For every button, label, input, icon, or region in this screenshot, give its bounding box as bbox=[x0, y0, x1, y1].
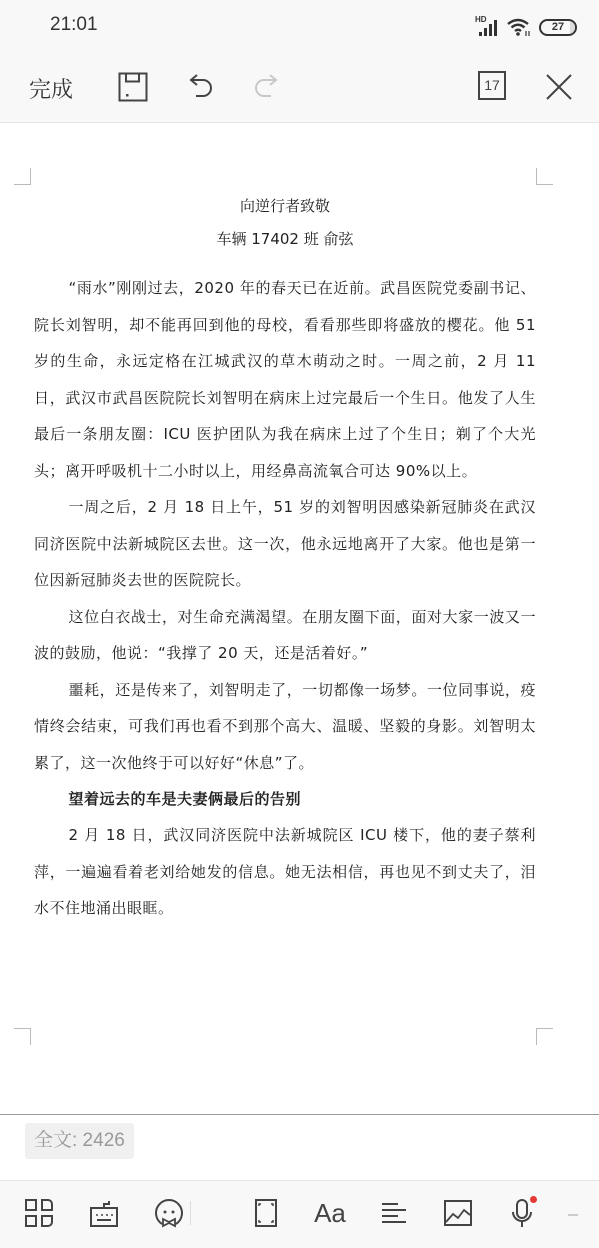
page-corner-marker bbox=[536, 1028, 553, 1045]
paragraph: 噩耗，还是传来了，刘智明走了，一切都像一场梦。一位同事说，疫情终会结束，可我们再… bbox=[34, 672, 536, 782]
battery-level: 27 bbox=[552, 21, 564, 33]
status-time: 21:01 bbox=[50, 14, 98, 36]
toolbar-separator bbox=[190, 1201, 191, 1225]
document-body[interactable]: 向逆行者致敬 车辆 17402 班 俞弦 “雨水”刚刚过去，2020 年的春天已… bbox=[34, 194, 536, 927]
paragraph: 2 月 18 日，武汉同济医院中法新城院区 ICU 楼下，他的妻子蔡利萍，一遍遍… bbox=[34, 817, 536, 927]
bottom-toolbar: Aa bbox=[0, 1180, 599, 1248]
close-button[interactable] bbox=[543, 71, 575, 103]
fullscreen-icon bbox=[251, 1198, 281, 1228]
signal-icon: HD bbox=[475, 17, 499, 37]
paragraph-align-button[interactable] bbox=[377, 1196, 411, 1230]
insert-image-button[interactable] bbox=[441, 1196, 475, 1230]
emoji-icon bbox=[154, 1198, 184, 1228]
paragraph: “雨水”刚刚过去，2020 年的春天已在近前。武昌医院党委副书记、院长刘智明，却… bbox=[34, 270, 536, 489]
emoji-button[interactable] bbox=[152, 1196, 186, 1230]
redo-button[interactable] bbox=[250, 71, 282, 103]
redo-icon bbox=[251, 72, 281, 102]
editor-toolbar: 完成 17 bbox=[0, 55, 599, 123]
image-icon bbox=[443, 1198, 473, 1228]
paragraph: 这位白衣战士，对生命充满渴望。在朋友圈下面，面对大家一波又一波的鼓励，他说：“我… bbox=[34, 599, 536, 672]
apps-grid-icon bbox=[24, 1198, 54, 1228]
divider bbox=[0, 1114, 599, 1115]
voice-input-button[interactable] bbox=[505, 1196, 539, 1230]
page-corner-marker bbox=[536, 168, 553, 185]
section-heading: 望着远去的车是夫妻俩最后的告别 bbox=[34, 781, 536, 817]
fullscreen-button[interactable] bbox=[249, 1196, 283, 1230]
page-count-button[interactable]: 17 bbox=[478, 71, 506, 100]
keyboard-button[interactable] bbox=[87, 1196, 121, 1230]
apps-button[interactable] bbox=[22, 1196, 56, 1230]
battery-indicator: 27 bbox=[539, 19, 577, 36]
wifi-icon bbox=[507, 17, 531, 37]
document-page[interactable]: 向逆行者致敬 车辆 17402 班 俞弦 “雨水”刚刚过去，2020 年的春天已… bbox=[0, 124, 599, 1114]
document-author: 车辆 17402 班 俞弦 bbox=[34, 224, 536, 270]
status-bar: 21:01 HD 27 bbox=[0, 0, 599, 55]
page-corner-marker bbox=[14, 1028, 31, 1045]
keyboard-icon bbox=[89, 1198, 119, 1228]
status-icons: HD 27 bbox=[475, 16, 577, 38]
notification-dot bbox=[530, 1196, 537, 1203]
more-indicator[interactable] bbox=[568, 1214, 578, 1216]
document-title: 向逆行者致敬 bbox=[34, 194, 536, 224]
close-icon bbox=[544, 72, 574, 102]
font-style-icon: Aa bbox=[314, 1198, 346, 1229]
done-button[interactable]: 完成 bbox=[29, 73, 73, 104]
save-button[interactable] bbox=[117, 71, 149, 103]
page-corner-marker bbox=[14, 168, 31, 185]
paragraph: 一周之后，2 月 18 日上午，51 岁的刘智明因感染新冠肺炎在武汉同济医院中法… bbox=[34, 489, 536, 599]
font-style-button[interactable]: Aa bbox=[313, 1196, 347, 1230]
save-icon bbox=[118, 72, 148, 102]
word-count-badge[interactable]: 全文: 2426 bbox=[25, 1123, 134, 1159]
undo-icon bbox=[186, 72, 216, 102]
align-left-icon bbox=[379, 1198, 409, 1228]
undo-button[interactable] bbox=[185, 71, 217, 103]
